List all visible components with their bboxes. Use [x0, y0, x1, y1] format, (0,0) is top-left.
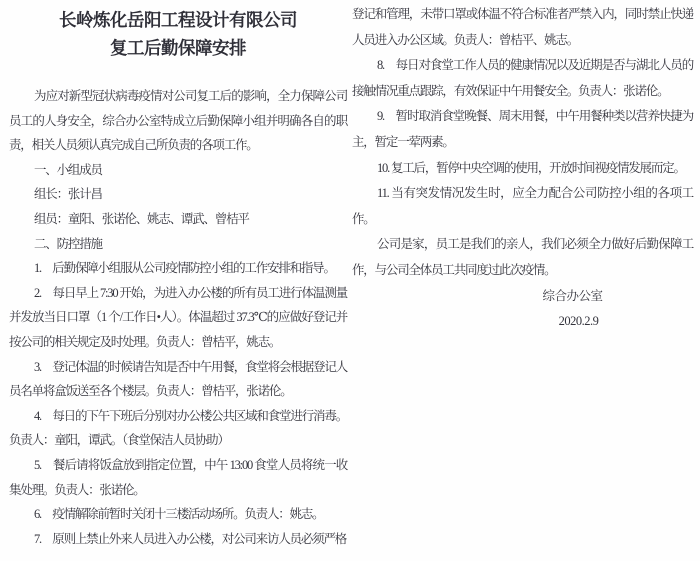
paragraph: 组长：张计昌 [9, 182, 347, 207]
title-line-2: 复工后勤保障安排 [9, 34, 347, 62]
paragraph: 公司是家，员工是我们的亲人，我们必须全力做好后勤保障工作，与公司全体员工共同度过… [352, 232, 693, 283]
paragraph: 组员：童阳、张诺伦、姚志、谭武、曾桔平 [9, 207, 347, 232]
paragraph: 3. 登记体温的时候请告知是否中午用餐，食堂将会根据登记人员名单将盒饭送至各个楼… [9, 355, 347, 404]
paragraph: 10. 复工后，暂停中央空调的使用，开放时间视疫情发展而定。 [352, 156, 693, 182]
paragraph: 4. 每日的下午下班后分别对办公楼公共区域和食堂进行消毒。负责人：童阳，谭武。（… [9, 404, 347, 453]
paragraph: 1. 后勤保障小组服从公司疫情防控小组的工作安排和指导。 [9, 256, 347, 281]
paragraph: 二、防控措施 [9, 232, 347, 257]
left-column-paragraphs: 为应对新型冠状病毒疫情对公司复工后的影响，全力保障公司员工的人身安全，综合办公室… [9, 84, 347, 551]
paragraph: 一、小组成员 [9, 158, 347, 183]
paragraph: 为应对新型冠状病毒疫情对公司复工后的影响，全力保障公司员工的人身安全，综合办公室… [9, 84, 347, 158]
paragraph: 7. 原则上禁止外来人员进入办公楼，对公司来访人员必须严格 [9, 527, 347, 552]
signature-office: 综合办公室 [352, 284, 693, 310]
paragraph: 8. 每日对食堂工作人员的健康情况以及近期是否与湖北人员的接触情况重点跟踪，有效… [352, 53, 693, 104]
paragraph: 2. 每日早上 7:30 开始，为进入办公楼的所有员工进行体温测量并发放当日口罩… [9, 281, 347, 355]
title-line-1: 长岭炼化岳阳工程设计有限公司 [9, 6, 347, 34]
paragraph: 11. 当有突发情况发生时，应全力配合公司防控小组的各项工作。 [352, 181, 693, 232]
paragraph: 5. 餐后请将饭盒放到指定位置，中午 13:00 食堂人员将统一收集处理。负责人… [9, 453, 347, 502]
left-column: 长岭炼化岳阳工程设计有限公司 复工后勤保障安排 为应对新型冠状病毒疫情对公司复工… [9, 4, 347, 551]
paragraph: 6. 疫情解除前暂时关闭十三楼活动场所。负责人：姚志。 [9, 502, 347, 527]
document-page: 长岭炼化岳阳工程设计有限公司 复工后勤保障安排 为应对新型冠状病毒疫情对公司复工… [0, 0, 700, 561]
document-title: 长岭炼化岳阳工程设计有限公司 复工后勤保障安排 [9, 6, 347, 62]
signature-date: 2020.2.9 [352, 309, 693, 335]
paragraph: 9. 暂时取消食堂晚餐、周末用餐，中午用餐种类以营养快捷为主，暂定一荤两素。 [352, 104, 693, 155]
right-column-paragraphs: 登记和管理，未带口罩或体温不符合标准者严禁入内，同时禁止快递人员进入办公区域。负… [352, 2, 693, 284]
paragraph: 登记和管理，未带口罩或体温不符合标准者严禁入内，同时禁止快递人员进入办公区域。负… [352, 2, 693, 53]
right-column: 登记和管理，未带口罩或体温不符合标准者严禁入内，同时禁止快递人员进入办公区域。负… [352, 2, 693, 335]
